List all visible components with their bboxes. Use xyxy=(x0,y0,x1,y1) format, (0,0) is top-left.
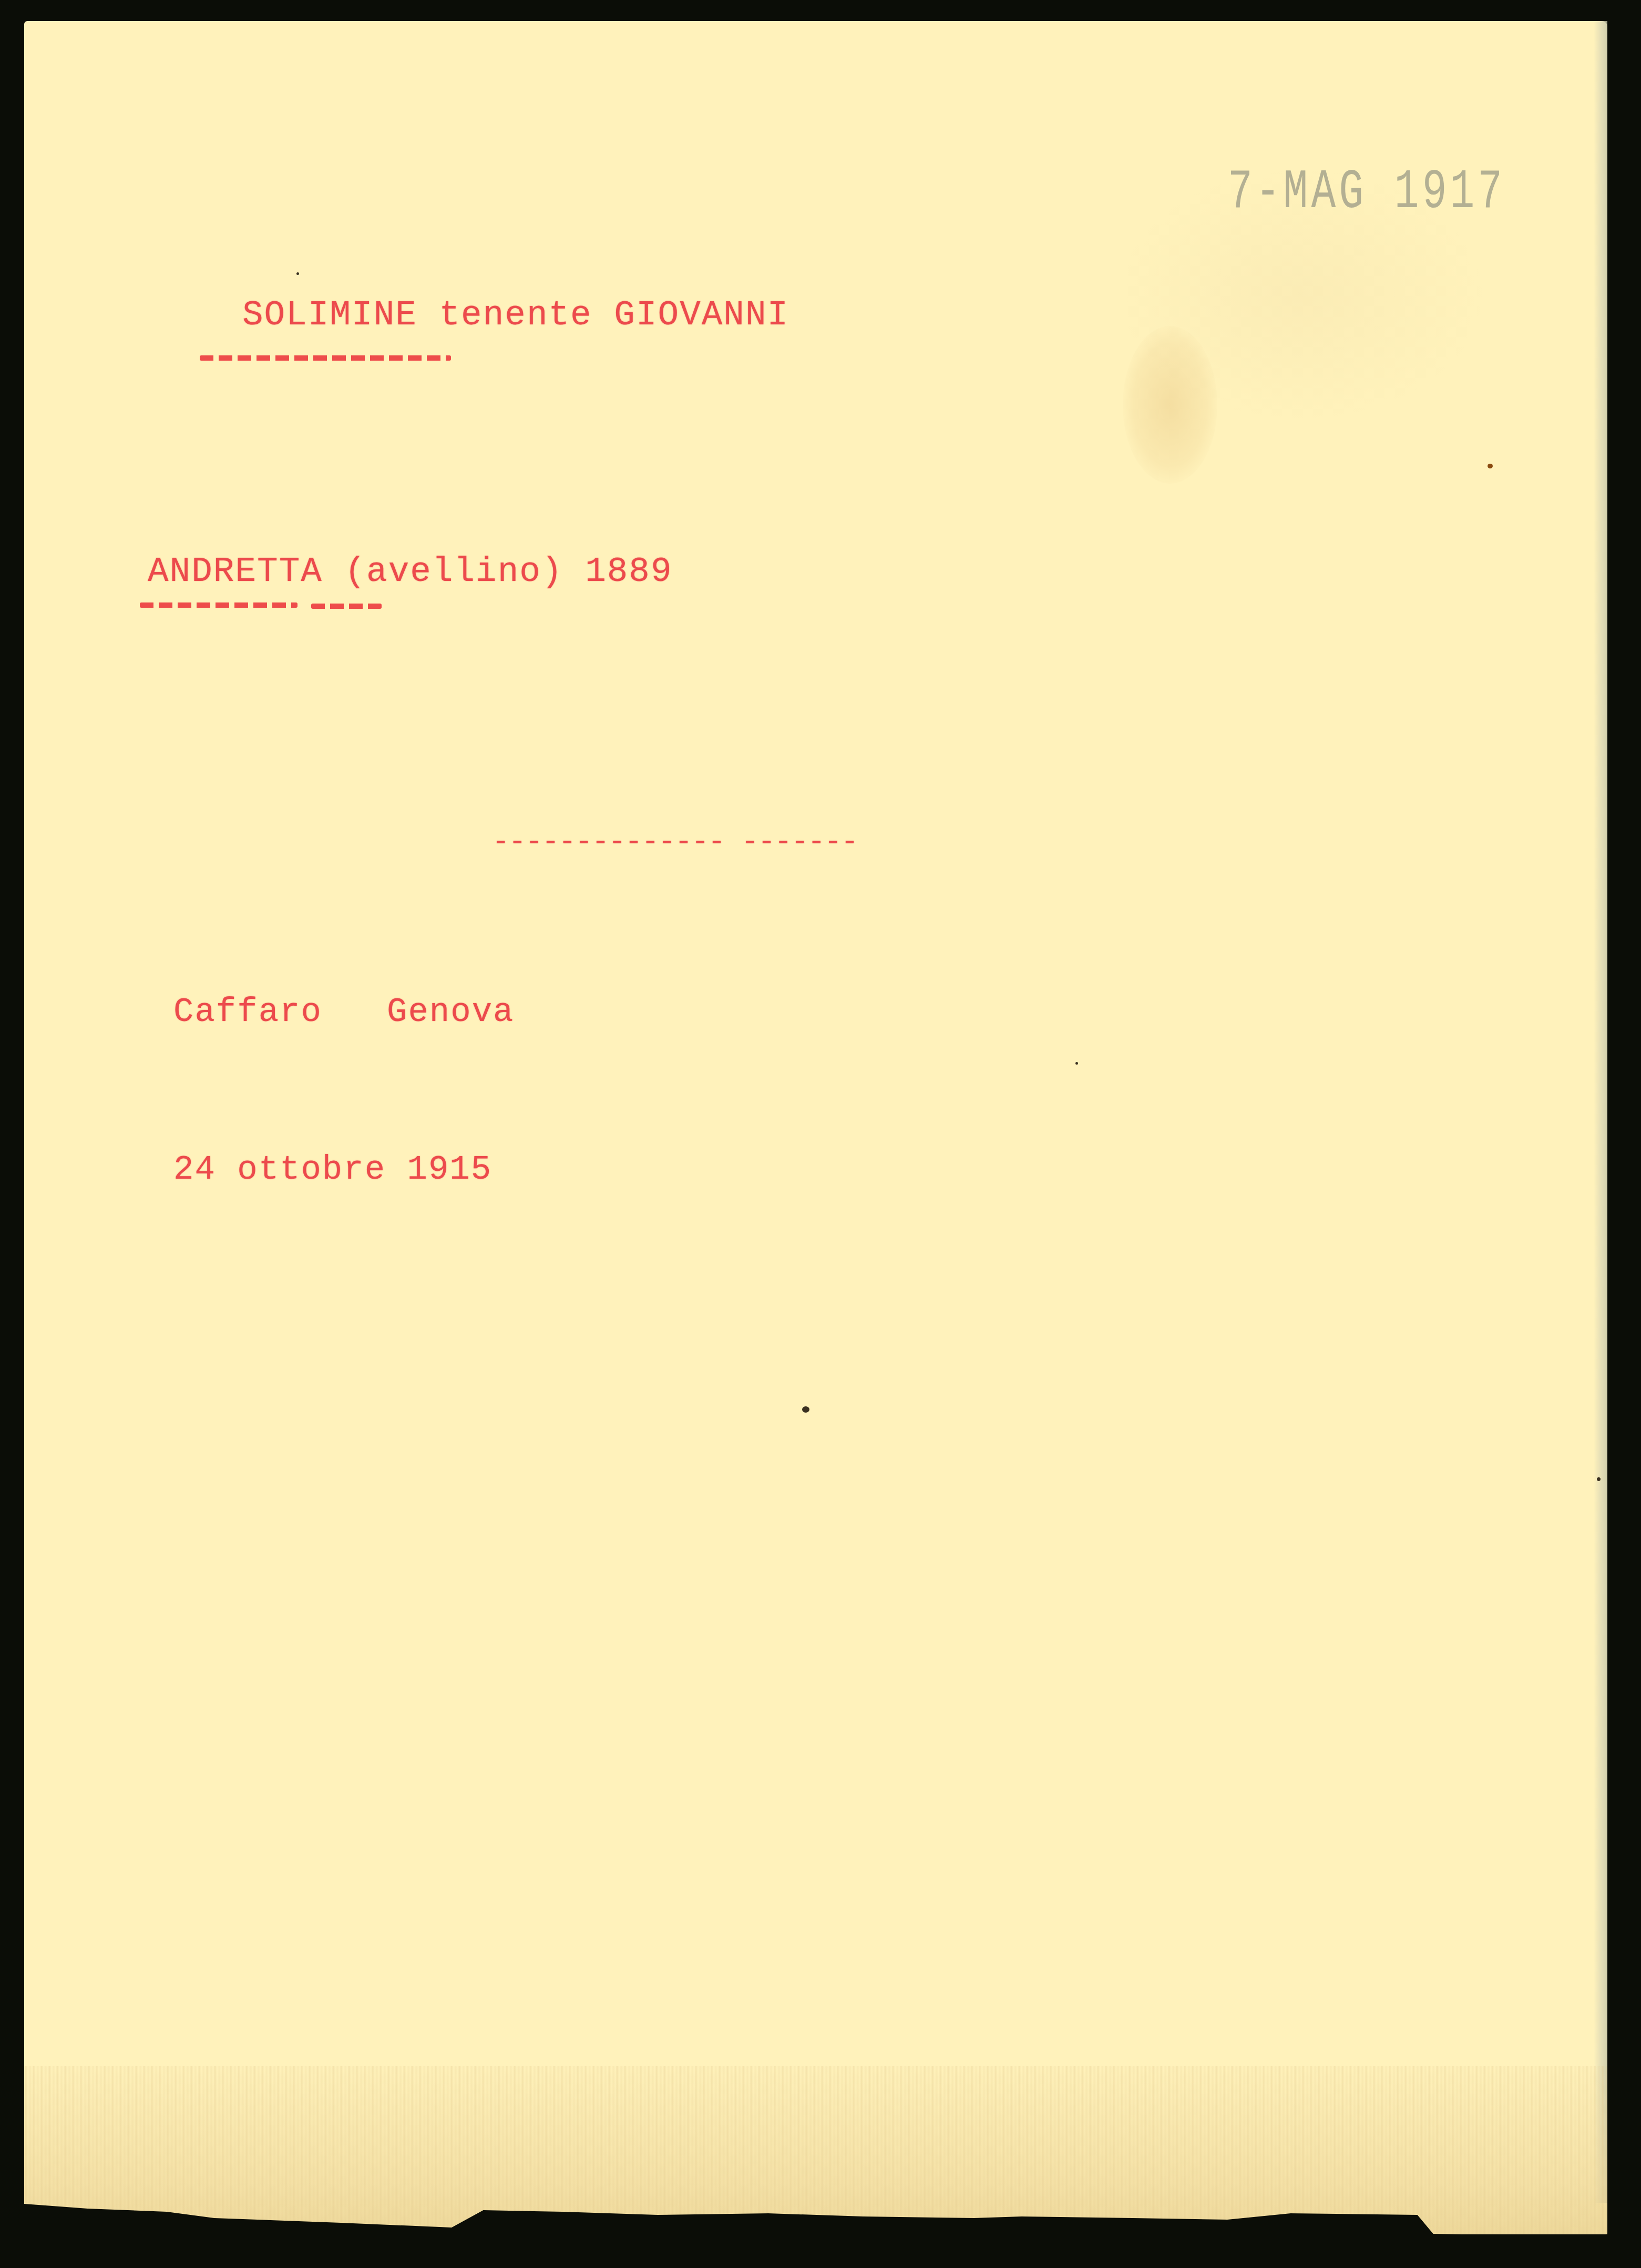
ink-speck xyxy=(1075,1062,1078,1065)
date-line: 24 ottobre 1915 xyxy=(173,1151,492,1189)
birthplace-underline-2 xyxy=(311,604,382,609)
name-underline xyxy=(200,355,451,361)
document-page: 7-MAG 1917 SOLIMINE tenente GIOVANNI AND… xyxy=(24,21,1607,2234)
ink-speck xyxy=(1488,464,1493,468)
ink-speck xyxy=(296,272,299,275)
birthplace-underline-1 xyxy=(140,602,298,608)
ink-speck xyxy=(802,1406,809,1413)
birthplace-line: ANDRETTA (avellino) 1889 xyxy=(148,552,673,591)
paper-stain xyxy=(1123,326,1217,484)
location-city: Genova xyxy=(387,994,514,1031)
ink-speck xyxy=(1597,1477,1601,1481)
name-line: SOLIMINE tenente GIOVANNI xyxy=(242,295,789,335)
date-received-stamp: 7-MAG 1917 xyxy=(1228,162,1505,224)
water-stain xyxy=(24,2066,1607,2234)
separator-line: -------------- ------- xyxy=(492,825,857,859)
paper-edge xyxy=(1594,21,1607,2203)
location-place: Caffaro xyxy=(173,994,322,1031)
